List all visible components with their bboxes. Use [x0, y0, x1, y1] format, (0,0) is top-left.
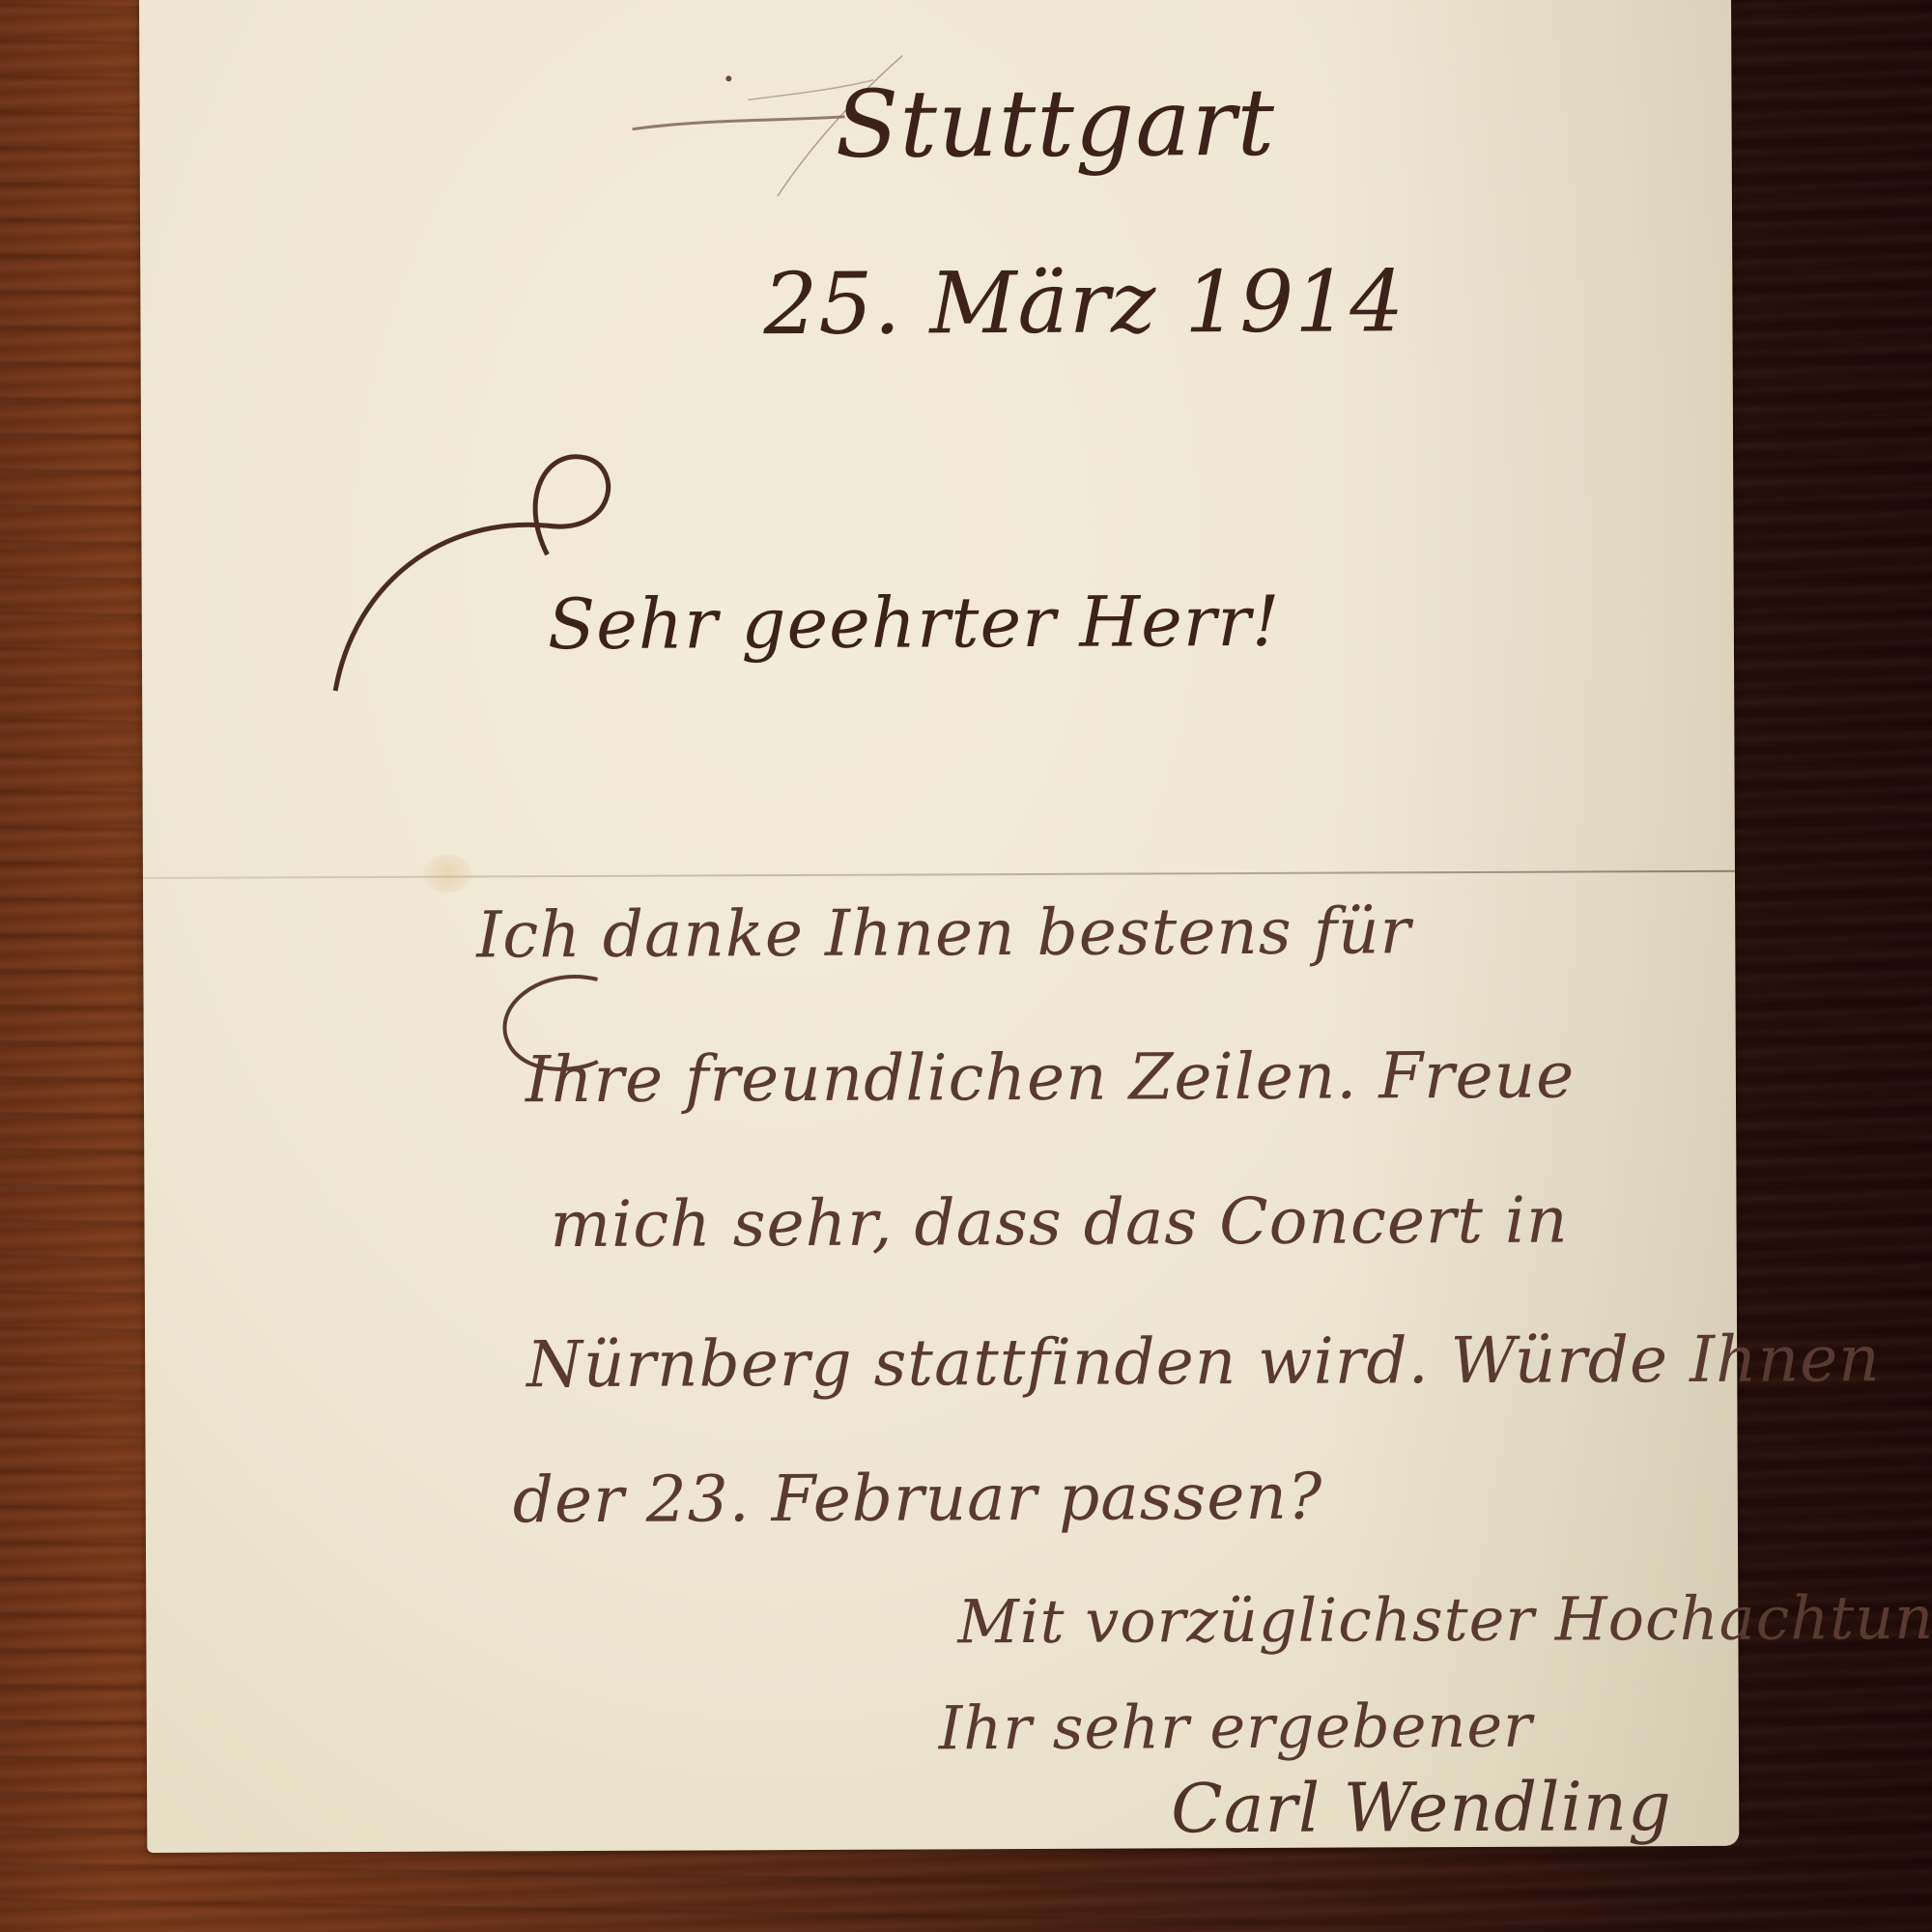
letter-body-line: mich sehr, dass das Concert in — [550, 1183, 1568, 1263]
letter-signature: Carl Wendling — [1171, 1767, 1672, 1848]
letter-body-line: Nürnberg stattfinden wird. Würde Ihnen — [526, 1321, 1881, 1402]
salutation-flourish-icon — [325, 429, 635, 710]
letter-salutation: Sehr geehrter Herr! — [548, 581, 1281, 665]
paper-stain — [423, 855, 471, 894]
letter-body-line: Ihre freundlichen Zeilen. Freue — [526, 1038, 1576, 1118]
fold-crease — [143, 870, 1735, 879]
letter-body-line: der 23. Februar passen? — [513, 1460, 1323, 1538]
letter-place: Stuttgart — [835, 69, 1275, 179]
letter-date: 25. März 1914 — [763, 251, 1405, 354]
letter-closing-line: Ihr sehr ergebener — [939, 1690, 1533, 1764]
letter-sheet: Stuttgart 25. März 1914 Sehr geehrter He… — [139, 0, 1739, 1853]
letter-body-line: Ich danke Ihnen bestens für — [476, 894, 1411, 972]
letter-closing-line: Mit vorzüglichster Hochachtung — [957, 1582, 1932, 1658]
